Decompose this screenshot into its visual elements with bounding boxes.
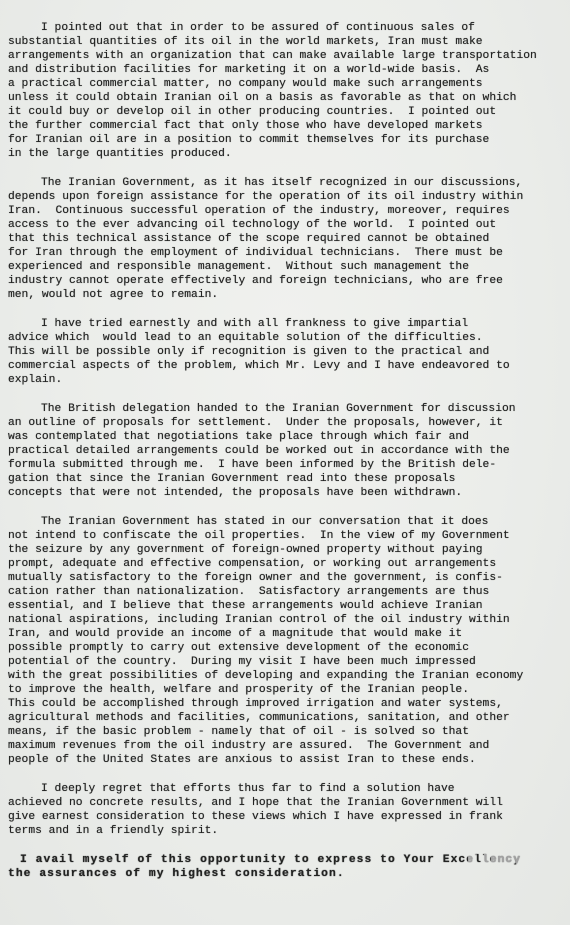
watermark-website-url: www.iichs.org bbox=[450, 911, 562, 924]
paragraph: The Iranian Government, as it has itself… bbox=[8, 176, 564, 302]
paragraph: I have tried earnestly and with all fran… bbox=[8, 317, 564, 387]
paragraph: I pointed out that in order to be assure… bbox=[8, 21, 564, 161]
iichs-emblem-icon bbox=[458, 820, 554, 900]
paragraph: The British delegation handed to the Ira… bbox=[8, 402, 564, 500]
watermark-persian-caption: مؤسسه مطالعات تاریخ معاصر ایران bbox=[450, 900, 562, 911]
letter-body: I pointed out that in order to be assure… bbox=[8, 21, 564, 896]
scanned-letter-page: I pointed out that in order to be assure… bbox=[0, 0, 570, 925]
iichs-watermark: مؤسسه مطالعات تاریخ معاصر ایران www.iich… bbox=[450, 820, 562, 924]
paragraph: The Iranian Government has stated in our… bbox=[8, 515, 564, 767]
